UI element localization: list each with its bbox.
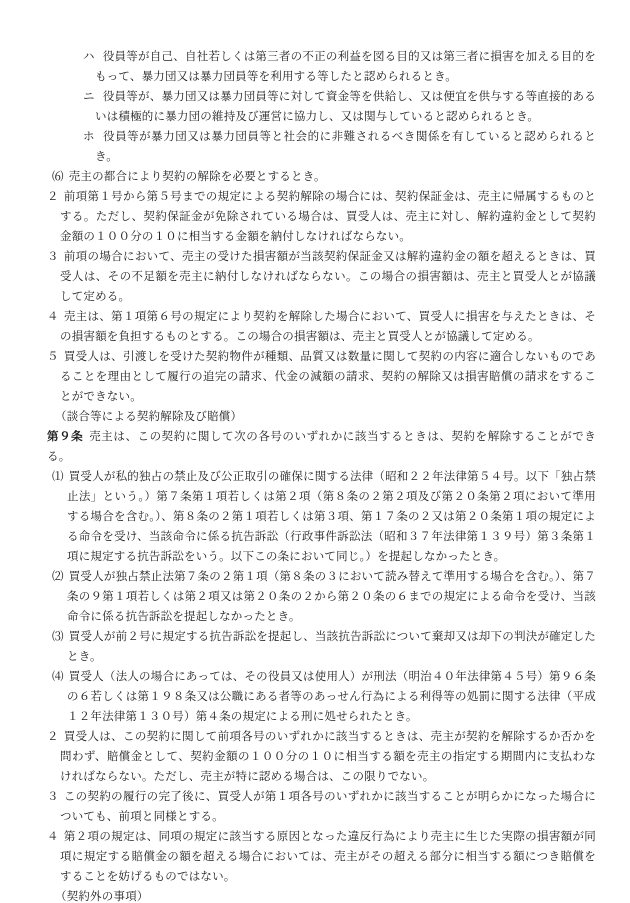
paragraph-label: 第９条 (47, 429, 83, 443)
paragraph-label: ハ (83, 49, 95, 63)
paragraph: ３この契約の履行の完了後に、買受人が第１項各号のいずれかに該当することが明らかに… (47, 786, 596, 826)
paragraph-label: ⑵ (52, 569, 64, 583)
paragraph-text: 役員等が暴力団又は暴力団員等と社会的に非難されるべき関係を有していると認められる… (95, 129, 596, 163)
paragraph: ２買受人は、この契約に関して前項各号のいずれかに該当するときは、売主が契約を解除… (47, 726, 596, 786)
paragraph-text: 買受人は、引渡しを受けた契約物件が種類、品質又は数量に関して契約の内容に適合しな… (60, 349, 596, 403)
paragraph-text: 役員等が、暴力団又は暴力団員等に対して資金等を供給し、又は便宜を供与する等直接的… (95, 89, 596, 123)
paragraph-label: ニ (83, 89, 95, 103)
paragraph-label: ⑶ (52, 629, 64, 643)
paragraph-text: 売主は、第１項第６号の規定により契約を解除した場合において、買受人に損害を与えた… (60, 309, 596, 343)
document-page: ハ役員等が自己、自社若しくは第三者の不正の利益を図る目的又は第三者に損害を加える… (0, 0, 630, 903)
paragraph: ４第２項の規定は、同項の規定に該当する原因となった違反行為により売主に生じた実際… (47, 826, 596, 886)
paragraph-text: 買受人が前２号に規定する抗告訴訟を提起し、当該抗告訴訟について棄却又は却下の判決… (67, 629, 596, 663)
paragraph: ３前項の場合において、売主の受けた損害額が当該契約保証金又は解約違約金の額を超え… (47, 246, 596, 306)
paragraph: ⑴買受人が私的独占の禁止及び公正取引の確保に関する法律（昭和２２年法律第５４号。… (47, 466, 596, 566)
paragraph: ⑶買受人が前２号に規定する抗告訴訟を提起し、当該抗告訴訟について棄却又は却下の判… (47, 626, 596, 666)
paragraph: ⑹売主の都合により契約の解除を必要とするとき。 (47, 166, 596, 186)
paragraph-text: （談合等による契約解除及び賠償） (55, 409, 242, 423)
paragraph-label: ２ (47, 729, 59, 743)
paragraph-text: 役員等が自己、自社若しくは第三者の不正の利益を図る目的又は第三者に損害を加える目… (95, 49, 596, 83)
paragraph-label: ⑷ (52, 669, 64, 683)
paragraph-label: ３ (47, 249, 59, 263)
paragraph: ⑷買受人（法人の場合にあっては、その役員又は使用人）が刑法（明治４０年法律第４５… (47, 666, 596, 726)
paragraph-text: 買受人が独占禁止法第７条の２第１項（第８条の３において読み替えて準用する場合を含… (67, 569, 596, 623)
paragraph-text: 買受人は、この契約に関して前項各号のいずれかに該当するときは、売主が契約を解除す… (60, 729, 596, 783)
paragraph: ホ役員等が暴力団又は暴力団員等と社会的に非難されるべき関係を有していると認められ… (47, 126, 596, 166)
paragraph-label: ３ (47, 789, 59, 803)
paragraph: ４売主は、第１項第６号の規定により契約を解除した場合において、買受人に損害を与え… (47, 306, 596, 346)
paragraph: ２前項第１号から第５号までの規定による契約解除の場合には、契約保証金は、売主に帰… (47, 186, 596, 246)
paragraph-text: （契約外の事項） (55, 889, 149, 903)
paragraph-text: 第２項の規定は、同項の規定に該当する原因となった違反行為により売主に生じた実際の… (60, 829, 596, 883)
paragraph: （契約外の事項） (47, 886, 596, 903)
paragraph: ハ役員等が自己、自社若しくは第三者の不正の利益を図る目的又は第三者に損害を加える… (47, 46, 596, 86)
paragraph-label: ⑹ (52, 169, 64, 183)
document-content: ハ役員等が自己、自社若しくは第三者の不正の利益を図る目的又は第三者に損害を加える… (47, 46, 596, 903)
paragraph-label: ⑴ (52, 469, 64, 483)
paragraph-label: ４ (47, 309, 59, 323)
paragraph: ⑵買受人が独占禁止法第７条の２第１項（第８条の３において読み替えて準用する場合を… (47, 566, 596, 626)
paragraph-text: 買受人が私的独占の禁止及び公正取引の確保に関する法律（昭和２２年法律第５４号。以… (67, 469, 596, 563)
paragraph-text: 前項第１号から第５号までの規定による契約解除の場合には、契約保証金は、売主に帰属… (60, 189, 596, 243)
paragraph: 第９条売主は、この契約に関して次の各号のいずれかに該当するときは、契約を解除する… (47, 426, 596, 466)
paragraph-label: ５ (47, 349, 59, 363)
paragraph-text: 買受人（法人の場合にあっては、その役員又は使用人）が刑法（明治４０年法律第４５号… (67, 669, 596, 723)
paragraph: （談合等による契約解除及び賠償） (47, 406, 596, 426)
paragraph-text: 売主の都合により契約の解除を必要とするとき。 (69, 169, 326, 183)
paragraph-text: 前項の場合において、売主の受けた損害額が当該契約保証金又は解約違約金の額を超える… (60, 249, 596, 303)
paragraph-text: この契約の履行の完了後に、買受人が第１項各号のいずれかに該当することが明らかにな… (60, 789, 596, 823)
paragraph: ニ役員等が、暴力団又は暴力団員等に対して資金等を供給し、又は便宜を供与する等直接… (47, 86, 596, 126)
paragraph-label: ２ (47, 189, 59, 203)
paragraph-label: ４ (47, 829, 59, 843)
paragraph-label: ホ (83, 129, 95, 143)
paragraph-text: 売主は、この契約に関して次の各号のいずれかに該当するときは、契約を解除することが… (47, 429, 596, 463)
paragraph: ５買受人は、引渡しを受けた契約物件が種類、品質又は数量に関して契約の内容に適合し… (47, 346, 596, 406)
